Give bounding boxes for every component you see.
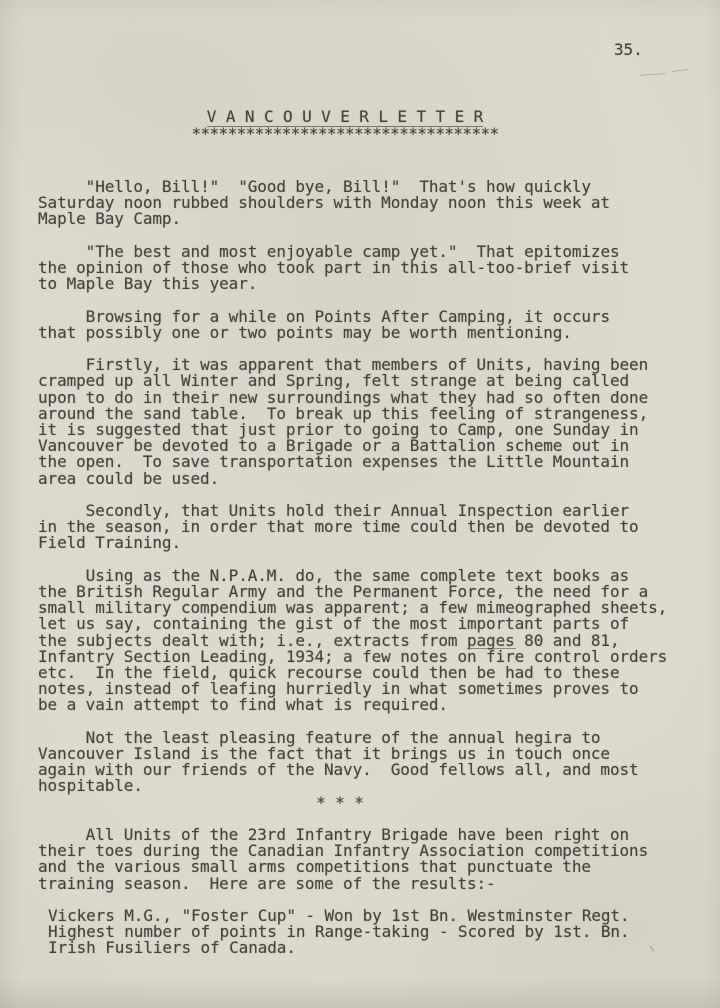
paragraph: All Units of the 23rd Infantry Brigade h… xyxy=(38,827,686,892)
paragraph: "The best and most enjoyable camp yet." … xyxy=(38,244,686,293)
paragraph: Not the least pleasing feature of the an… xyxy=(38,730,686,795)
pencil-mark xyxy=(672,69,688,72)
result-line: Irish Fusiliers of Canada. xyxy=(38,940,686,956)
title-asterisk-rule: ********************************** xyxy=(0,127,705,140)
page-number: 35. xyxy=(614,42,643,58)
paragraph: Browsing for a while on Points After Cam… xyxy=(38,309,686,341)
results-block: Vickers M.G., "Foster Cup" - Won by 1st … xyxy=(38,908,686,957)
paragraph: Using as the N.P.A.M. do, the same compl… xyxy=(38,568,686,714)
document-page: 35. V A N C O U V E R L E T T E R ******… xyxy=(0,0,720,1008)
paragraph: Firstly, it was apparent that members of… xyxy=(38,357,686,487)
pencil-mark xyxy=(640,73,666,76)
paragraph: Secondly, that Units hold their Annual I… xyxy=(38,503,686,552)
letter-body: "Hello, Bill!" "Good bye, Bill!" That's … xyxy=(38,179,686,957)
paragraph: "Hello, Bill!" "Good bye, Bill!" That's … xyxy=(38,179,686,228)
stray-underline-mark xyxy=(467,648,516,649)
title-block: V A N C O U V E R L E T T E R **********… xyxy=(0,109,705,140)
asterisk-separator: * * * xyxy=(16,795,664,811)
